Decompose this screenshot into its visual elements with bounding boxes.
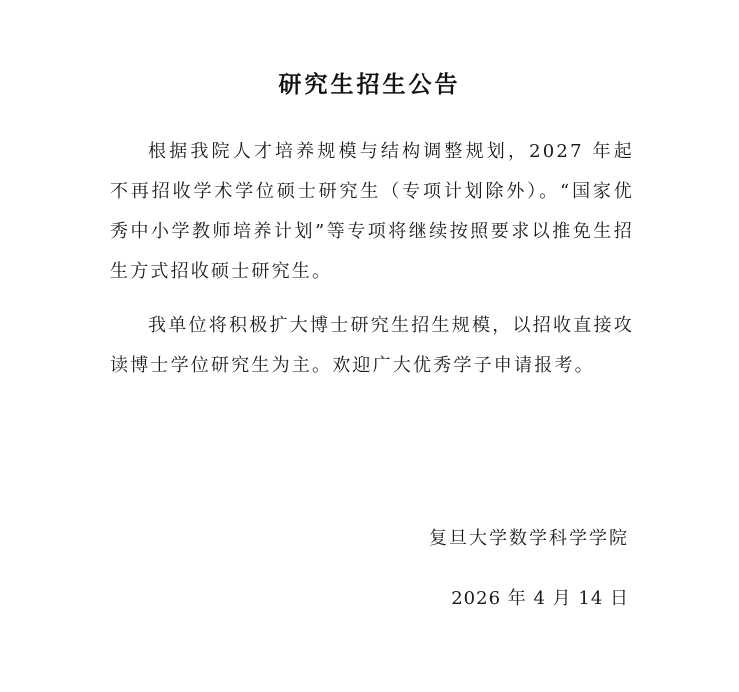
paragraph-admission-policy: 根据我院人才培养规模与结构调整规划，2027 年起不再招收学术学位硕士研究生（专… (110, 132, 634, 292)
paragraph-doctoral-expansion: 我单位将积极扩大博士研究生招生规模，以招收直接攻读博士学位研究生为主。欢迎广大优… (110, 306, 634, 386)
issuer-signature: 复旦大学数学科学学院 (429, 524, 629, 550)
issue-date: 2026 年 4 月 14 日 (451, 584, 629, 610)
page-title: 研究生招生公告 (0, 66, 739, 99)
